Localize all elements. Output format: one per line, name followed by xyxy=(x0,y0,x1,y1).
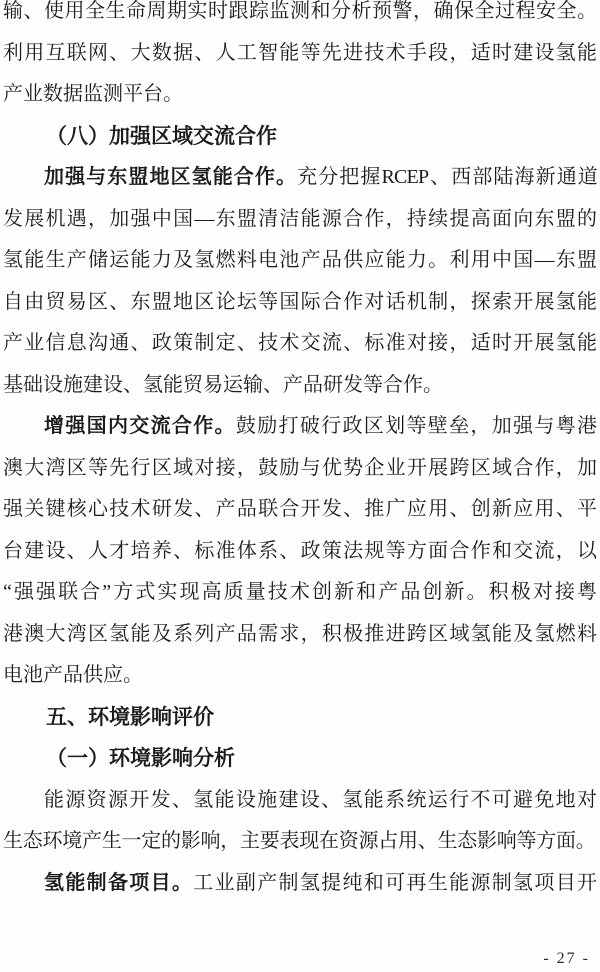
document-page: 输、使用全生命周期实时跟踪监测和分析预警，确保全过程安全。 利用互联网、大数据、… xyxy=(0,0,600,972)
text-line: 产业数据监测平台。 xyxy=(3,74,597,116)
text-line: 输、使用全生命周期实时跟踪监测和分析预警，确保全过程安全。 xyxy=(3,0,597,33)
text-line: 氢能生产储运能力及氢燃料电池产品供应能力。利用中国—东盟 xyxy=(3,240,597,282)
text-line: 能源资源开发、氢能设施建设、氢能系统运行不可避免地对 xyxy=(3,780,597,822)
subsection-heading: （八）加强区域交流合作 xyxy=(3,116,597,158)
text-line: 港澳大湾区氢能及系列产品需求，积极推进跨区域氢能及氢燃料 xyxy=(3,614,597,656)
text-line: 氢能制备项目。工业副产制氢提纯和可再生能源制氢项目开 xyxy=(3,863,597,905)
text-line: 增强国内交流合作。鼓励打破行政区划等壁垒，加强与粤港 xyxy=(3,406,597,448)
line-text: 充分把握RCEP、西部陆海新通道 xyxy=(297,166,597,188)
section-heading: 五、环境影响评价 xyxy=(3,697,597,739)
line-text: 工业副产制氢提纯和可再生能源制氢项目开 xyxy=(193,872,597,894)
text-line: 自由贸易区、东盟地区论坛等国际合作对话机制，探索开展氢能 xyxy=(3,282,597,324)
text-line: 澳大湾区等先行区域对接，鼓励与优势企业开展跨区域合作，加 xyxy=(3,448,597,490)
text-line: 强关键核心技术研发、产品联合开发、推广应用、创新应用、平 xyxy=(3,489,597,531)
bold-lead: 增强国内交流合作。 xyxy=(44,415,236,437)
text-line: 利用互联网、大数据、人工智能等先进技术手段，适时建设氢能 xyxy=(3,33,597,75)
text-line: 基础设施建设、氢能贸易运输、产品研发等合作。 xyxy=(3,365,597,407)
page-number-text: - 27 - xyxy=(543,950,590,967)
text-line: 产业信息沟通、政策制定、技术交流、标准对接，适时开展氢能 xyxy=(3,323,597,365)
page-number: - 27 - xyxy=(543,950,590,968)
text-line: “强强联合”方式实现高质量技术创新和产品创新。积极对接粤 xyxy=(3,572,597,614)
text-line: 电池产品供应。 xyxy=(3,655,597,697)
text-line: 台建设、人才培养、标准体系、政策法规等方面合作和交流，以 xyxy=(3,531,597,573)
subsection-heading: （一）环境影响分析 xyxy=(3,738,597,780)
bold-lead: 加强与东盟地区氢能合作。 xyxy=(44,166,297,188)
text-line: 加强与东盟地区氢能合作。充分把握RCEP、西部陆海新通道 xyxy=(3,157,597,199)
line-text: 鼓励打破行政区划等壁垒，加强与粤港 xyxy=(236,415,597,437)
text-line: 发展机遇，加强中国—东盟清洁能源合作，持续提高面向东盟的 xyxy=(3,199,597,241)
document-text: 输、使用全生命周期实时跟踪监测和分析预警，确保全过程安全。 利用互联网、大数据、… xyxy=(3,0,597,904)
bold-lead: 氢能制备项目。 xyxy=(44,872,193,894)
text-line: 生态环境产生一定的影响，主要表现在资源占用、生态影响等方面。 xyxy=(3,821,597,863)
